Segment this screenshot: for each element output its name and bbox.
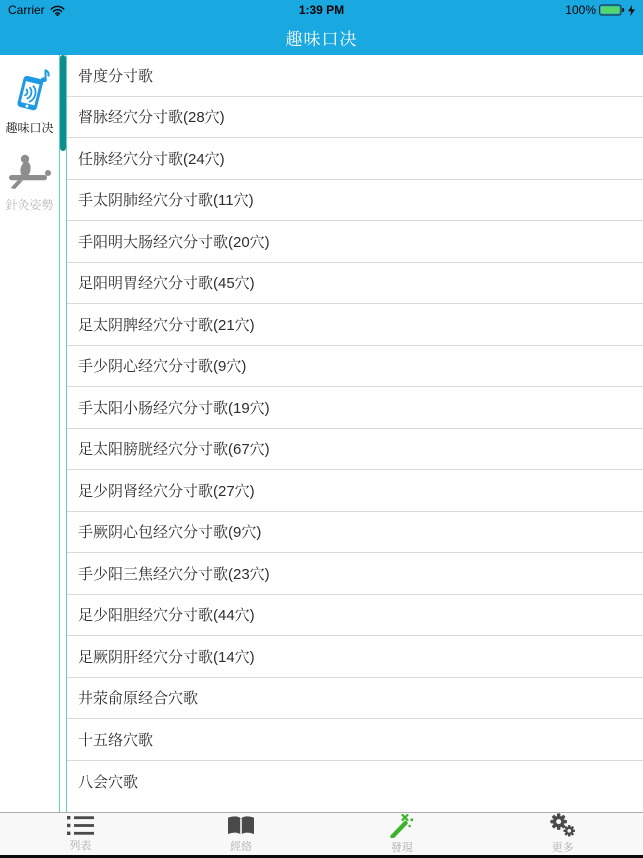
list-item[interactable]: 井荥俞原经合穴歌 <box>67 678 643 720</box>
list-item[interactable]: 足少阴肾经穴分寸歌(27穴) <box>67 470 643 512</box>
tab-jingluo[interactable]: 經絡 <box>161 813 322 855</box>
tab-bar: 列表 經絡 發現 <box>0 812 643 855</box>
list-item[interactable]: 手少阳三焦经穴分寸歌(23穴) <box>67 553 643 595</box>
list-item[interactable]: 手太阴肺经穴分寸歌(11穴) <box>67 180 643 222</box>
tab-gengduo[interactable]: 更多 <box>482 813 643 855</box>
book-icon <box>226 815 256 837</box>
tab-label: 經絡 <box>230 838 252 854</box>
list-item[interactable]: 手阳明大肠经穴分寸歌(20穴) <box>67 221 643 263</box>
list-item-label: 十五络穴歌 <box>78 729 153 750</box>
list-item-label: 手太阳小肠经穴分寸歌(19穴) <box>78 397 270 418</box>
list-item[interactable]: 足太阳膀胱经穴分寸歌(67穴) <box>67 429 643 471</box>
list-item[interactable]: 八会穴歌 <box>67 761 643 803</box>
list-item-label: 手阳明大肠经穴分寸歌(20穴) <box>78 231 270 252</box>
charging-bolt-icon <box>628 5 635 16</box>
tab-liebiao[interactable]: 列表 <box>0 813 161 855</box>
sidebar-item-label: 針灸姿勢 <box>5 196 53 213</box>
list-item-label: 足阳明胃经穴分寸歌(45穴) <box>78 272 255 293</box>
scrollbar-thumb[interactable] <box>60 55 66 151</box>
list-item[interactable]: 手太阳小肠经穴分寸歌(19穴) <box>67 387 643 429</box>
nav-bar: 趣味口决 <box>0 20 643 55</box>
sidebar: 趣味口决 針灸姿勢 <box>0 55 60 812</box>
list-item[interactable]: 任脉经穴分寸歌(24穴) <box>67 138 643 180</box>
list-item-label: 手太阴肺经穴分寸歌(11穴) <box>78 189 254 210</box>
list-item[interactable]: 足太阴脾经穴分寸歌(21穴) <box>67 304 643 346</box>
list-item-label: 足太阳膀胱经穴分寸歌(67穴) <box>78 438 270 459</box>
battery-percent: 100% <box>565 3 596 17</box>
tab-label: 更多 <box>552 839 574 855</box>
list-item-label: 任脉经穴分寸歌(24穴) <box>78 148 225 169</box>
list-item-label: 足少阴肾经穴分寸歌(27穴) <box>78 480 255 501</box>
wifi-icon <box>50 5 65 16</box>
list-item[interactable]: 督脉经穴分寸歌(28穴) <box>67 97 643 139</box>
list-item[interactable]: 骨度分寸歌 <box>67 55 643 97</box>
song-list: 骨度分寸歌督脉经穴分寸歌(28穴)任脉经穴分寸歌(24穴)手太阴肺经穴分寸歌(1… <box>67 55 643 812</box>
list-item-label: 手厥阴心包经穴分寸歌(9穴) <box>78 521 261 542</box>
page-title: 趣味口决 <box>286 25 358 50</box>
list-item[interactable]: 十五络穴歌 <box>67 719 643 761</box>
scrollbar-track <box>60 55 67 812</box>
list-item-label: 手少阴心经穴分寸歌(9穴) <box>78 355 246 376</box>
list-item-label: 足厥阴肝经穴分寸歌(14穴) <box>78 646 255 667</box>
list-item-label: 骨度分寸歌 <box>78 65 153 86</box>
status-time: 1:39 PM <box>178 3 465 17</box>
sidebar-item-quwei-koujue[interactable]: 趣味口决 <box>0 61 59 146</box>
magic-wand-icon <box>389 813 415 838</box>
list-item-label: 足太阴脾经穴分寸歌(21穴) <box>78 314 255 335</box>
sidebar-item-label: 趣味口决 <box>5 119 53 136</box>
massage-icon <box>7 152 53 192</box>
app-screen: Carrier 1:39 PM 100% 趣味 <box>0 0 643 858</box>
list-item-label: 足少阳胆经穴分寸歌(44穴) <box>78 604 255 625</box>
list-item-label: 手少阳三焦经穴分寸歌(23穴) <box>78 563 270 584</box>
phone-music-icon <box>7 67 53 115</box>
list-item[interactable]: 足少阳胆经穴分寸歌(44穴) <box>67 595 643 637</box>
list-item-label: 督脉经穴分寸歌(28穴) <box>78 106 225 127</box>
status-bar: Carrier 1:39 PM 100% <box>0 0 643 20</box>
list-item[interactable]: 手厥阴心包经穴分寸歌(9穴) <box>67 512 643 554</box>
list-item[interactable]: 手少阴心经穴分寸歌(9穴) <box>67 346 643 388</box>
tab-faxian[interactable]: 發現 <box>322 813 483 855</box>
carrier-label: Carrier <box>8 3 45 17</box>
list-item[interactable]: 足厥阴肝经穴分寸歌(14穴) <box>67 636 643 678</box>
list-item-label: 八会穴歌 <box>78 771 138 792</box>
list-item[interactable]: 足阳明胃经穴分寸歌(45穴) <box>67 263 643 305</box>
battery-icon <box>599 4 625 16</box>
tab-label: 列表 <box>69 837 91 853</box>
sidebar-item-zhenjiu-zishi[interactable]: 針灸姿勢 <box>0 146 59 223</box>
list-item-label: 井荥俞原经合穴歌 <box>78 687 198 708</box>
list-icon <box>67 815 94 836</box>
gears-icon <box>548 813 577 838</box>
tab-label: 發現 <box>391 839 413 855</box>
